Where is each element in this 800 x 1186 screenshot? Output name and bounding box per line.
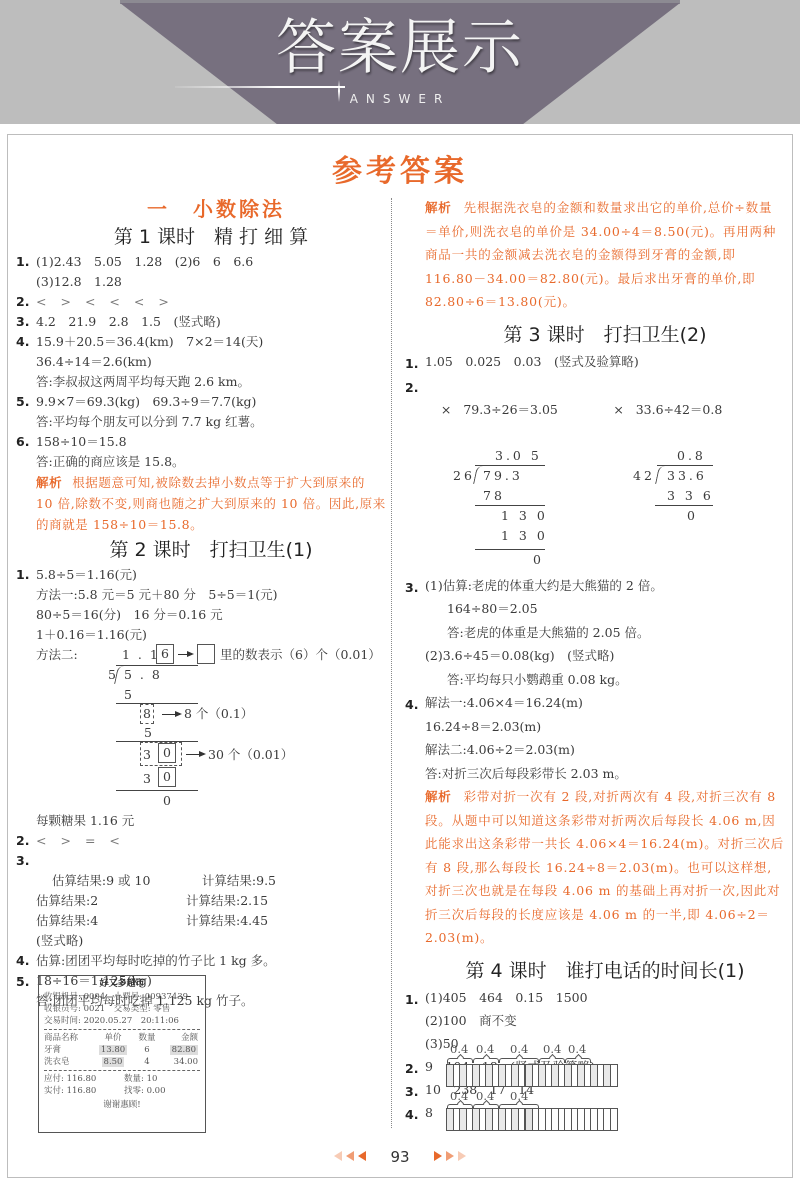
next-arrow-icon [434,1151,442,1161]
step-1: 3 3 6 [667,486,714,506]
page-title: 参考答案 [0,146,800,190]
answer-text: 16.24÷8＝2.03(m) [405,715,785,739]
page-footer: 93 [0,1148,800,1166]
l2-q3: 3. 估算结果:9 或 10计算结果:9.5 [16,851,386,891]
l2-q1: 1.5.8÷5＝1.16(元) [16,565,386,585]
answer-text: (2)3.6÷45＝0.08(kg) (竖式略) [405,644,785,668]
l1-q3: 3.4.2 21.9 2.8 1.5 (竖式略) [16,312,386,332]
ribbon-strip [525,1108,618,1131]
answer-text: 158÷10＝15.8 [36,434,127,449]
question-number: 3. [405,1080,418,1103]
answer-text: 164÷80＝2.05 [405,597,785,621]
receipt-header: 商品名称 单价 数量 金额 [44,1032,200,1044]
l1-q5: 5.9.9×7＝69.3(kg) 69.3÷9＝7.7(kg) [16,392,386,412]
question-number: 1. [405,988,418,1011]
question-number: 4. [16,951,29,971]
receipt-line: 收银员号: 0021 交易类型: 零售 [44,1003,200,1015]
empty-box [197,644,215,664]
banner-rule [175,86,345,88]
right-column: 解析先根据洗衣皂的金额和数量求出它的单价,总价÷数量＝单价,则洗衣皂的单价是 3… [405,196,785,1124]
answer-sentence: 答:李叔叔这两周平均每天跑 2.6 km。 [16,372,386,392]
answer-sentence: 答:老虎的体重是大熊猫的 2.05 倍。 [405,621,785,645]
next-arrow-icon [458,1151,466,1161]
answer-text: 4.2 21.9 2.8 1.5 (竖式略) [36,314,221,329]
prev-arrow-icon [358,1151,366,1161]
analysis-note: 解析先根据洗衣皂的金额和数量求出它的单价,总价÷数量＝单价,则洗衣皂的单价是 3… [405,196,785,314]
step-3b-box: 0 [158,767,176,787]
final-remainder: 0 [163,791,171,811]
answer-sentence: 答:对折三次后每段彩带长 2.03 m。 [405,762,785,786]
answer-text: 解法一:4.06×4＝16.24(m) [425,695,583,710]
remainder-1: 1 3 0 [501,506,548,526]
quotient: 0.8 [677,446,706,466]
l3-q1: 1.1.05 0.025 0.03 (竖式及验算略) [405,350,785,374]
estimate-row: 估算结果:2计算结果:2.15 [16,891,386,911]
item-amount: 34.00 [164,1056,198,1068]
col-header: 数量 [130,1032,164,1044]
left-column: 一 小数除法 第 1 课时 精 打 细 算 1.(1)2.43 5.05 1.2… [16,196,386,1011]
question-number: 5. [16,974,29,989]
remainder-2a: 3 [143,745,151,765]
page-number: 93 [390,1148,409,1166]
answer-sentence: 答:正确的商应该是 15.8。 [16,452,386,472]
lesson-3-title: 第 3 课时 打扫卫生(2) [425,322,785,348]
analysis-label: 解析 [425,789,452,804]
divisor: 42 [633,466,655,486]
wrong-mark: × [613,402,623,417]
unit-title: 一 小数除法 [46,196,386,222]
remainder-1: 8 [143,704,151,724]
arrow-icon [178,654,192,655]
brace [499,1058,539,1063]
question-number: 4. [405,693,418,717]
answer-text: (1)405 464 0.15 1500 [425,990,588,1005]
corrected-equation: 79.3÷26＝3.05 [463,398,613,422]
l1-q6: 6.158÷10＝15.8 [16,432,386,452]
answer-text: 9.9×7＝69.3(kg) 69.3÷9＝7.7(kg) [36,394,256,409]
answer-text: 15.9＋20.5＝36.4(km) 7×2＝14(天) [36,334,263,349]
step-2: 5 [144,723,152,743]
division-line [655,505,713,506]
answer-text: 估算:团团平均每时吃掉的竹子比 1 kg 多。 [36,953,276,968]
item-name: 牙膏 [44,1044,96,1056]
question-number: 1. [405,352,418,376]
analysis-label: 解析 [425,200,452,215]
question-number: 4. [16,332,29,352]
col-header: 金额 [164,1032,198,1044]
quotient: 3.0 5 [495,446,542,466]
division-line [116,790,198,791]
question-number: 1. [16,565,29,585]
thanks-text: 谢谢惠顾! [44,1099,200,1111]
l1-q1: 1.(1)2.43 5.05 1.28 (2)6 6 6.6 [16,252,386,272]
l3-q4: 4.解法一:4.06×4＝16.24(m) [405,691,785,715]
long-division-diagram: 方法二: 1 . 1 6 里的数表示（6）个（0.01） 5 5 . 8 5 8… [36,645,386,791]
method-1-line: 1＋0.16＝1.16(元) [16,625,386,645]
l1-q4: 4.15.9＋20.5＝36.4(km) 7×2＝14(天) [16,332,386,352]
prev-arrow-icon [334,1151,342,1161]
analysis-text: 根据题意可知,被除数去掉小数点等于扩大到原来的 10 倍,除数不变,则商也随之扩… [36,475,386,532]
question-number: 1. [16,252,29,272]
answer-text: 8 [425,1105,433,1120]
estimate-row: 估算结果:4计算结果:4.45 [16,911,386,931]
step-1: 5 [124,685,132,705]
answer-sentence: 每颗糖果 1.16 元 [16,811,386,831]
question-number: 3. [16,312,29,332]
answer-text: (3)12.8 1.28 [16,272,386,292]
question-number: 2. [405,376,418,400]
brace [539,1058,565,1063]
item-price: 13.80 [99,1045,127,1055]
change: 找零: 0.00 [124,1085,166,1097]
item-name: 洗衣皂 [44,1056,96,1068]
store-name: 好又多超市 [44,978,200,990]
calc-3: 计算结果:4.45 [186,911,268,931]
vertical-division-diagrams: 3.0 5 26 79.3 78 1 3 0 1 3 0 0.8 42 33.6… [405,446,785,550]
receipt-row: 洗衣皂 8.50 4 34.00 [44,1056,200,1068]
wrong-mark: × [441,402,451,417]
estimate-3: 估算结果:4 [36,911,186,931]
box-note: 里的数表示（6）个（0.01） [220,645,381,665]
receipt-image: 好又多超市 收银机号: 0004 小票号: 00937439 收银员号: 002… [38,975,206,1133]
question-number: 2. [16,831,29,851]
question-number: 3. [16,851,29,871]
brace [565,1058,591,1063]
analysis-text: 彩带对折一次有 2 段,对折两次有 4 段,对折三次有 8 段。从题中可以知道这… [425,789,784,945]
answer-text: (2)100 商不变 [405,1009,785,1032]
l2-q2: 2.<>=< [16,831,386,851]
final-remainder: 0 [533,550,541,570]
banner-title: 答案展示 [0,12,800,84]
method-1-line: 80÷5＝16(分) 16 分＝0.16 元 [16,605,386,625]
answer-banner: 答案展示 ANSWER [0,0,800,124]
corrected-equation: 33.6÷42＝0.8 [636,402,723,417]
column-divider [391,198,392,1128]
answer-sentence: 答:平均每只小鹦鹉重 0.08 kg。 [405,668,785,692]
brace [447,1058,473,1063]
question-number: 6. [16,432,29,452]
question-number: 3. [405,576,418,600]
lesson-4-title: 第 4 课时 谁打电话的时间长(1) [425,958,785,984]
l3-q2: 2. × 79.3÷26＝3.05× 33.6÷42＝0.8 [405,374,785,446]
item-qty: 6 [130,1044,164,1056]
col-header: 单价 [96,1032,130,1044]
final-remainder: 0 [687,506,698,526]
answer-text: 解法二:4.06÷2＝2.03(m) [405,738,785,762]
answer-text: 5.8÷5＝1.16(元) [36,567,137,582]
question-number: 2. [405,1057,418,1080]
division-bracket [655,466,665,484]
analysis-text: 先根据洗衣皂的金额和数量求出它的单价,总价÷数量＝单价,则洗衣皂的单价是 34.… [425,200,776,309]
answer-sentence: 答:平均每个朋友可以分到 7.7 kg 红薯。 [16,412,386,432]
remainder-1-note: 8 个（0.1） [184,704,253,724]
dividend: 79.3 [483,466,523,486]
arrow-icon [162,714,180,715]
analysis-label: 解析 [36,475,62,490]
estimate-1: 估算结果:9 或 10 [52,871,202,891]
question-number: 5. [16,392,29,412]
quotient-box: 6 [156,644,174,664]
question-number: 4. [405,1103,418,1126]
analysis-note: 解析彩带对折一次有 2 段,对折两次有 4 段,对折三次有 8 段。从题中可以知… [405,785,785,950]
estimate-2: 估算结果:2 [36,891,186,911]
next-arrow-icon [446,1151,454,1161]
step-1: 78 [483,486,505,506]
method-2-label: 方法二: [36,645,78,665]
answer-text: 1.05 0.025 0.03 (竖式及验算略) [425,354,639,369]
amount-paid: 实付: 116.80 [44,1085,124,1097]
calc-2: 计算结果:2.15 [186,891,268,911]
comparison-symbols: <><<<> [36,294,183,309]
dashed-divider [44,1070,200,1071]
l4-q1: 1.(1)405 464 0.15 1500 [405,986,785,1009]
item-count: 数量: 10 [124,1073,157,1085]
item-price: 8.50 [102,1057,125,1067]
step-2: 1 3 0 [501,526,548,546]
ribbon-strip [525,1064,618,1087]
divisor: 26 [453,466,475,486]
item-qty: 4 [130,1056,164,1068]
note: (竖式略) [16,931,386,951]
remainder-2b-box: 0 [158,743,176,763]
dividend: 33.6 [667,466,707,486]
dashed-divider [44,1029,200,1030]
question-number: 2. [16,292,29,312]
l1-q2: 2.<><<<> [16,292,386,312]
method-1-line: 方法一:5.8 元＝5 元＋80 分 5÷5＝1(元) [16,585,386,605]
item-amount: 82.80 [170,1045,198,1055]
l3-q3: 3.(1)估算:老虎的体重大约是大熊猫的 2 倍。 [405,574,785,598]
step-3a: 3 [143,769,151,789]
amount-due: 应付: 116.80 [44,1073,124,1085]
analysis-note: 解析根据题意可知,被除数去掉小数点等于扩大到原来的 10 倍,除数不变,则商也随… [16,472,386,535]
answer-text: 36.4÷14＝2.6(km) [16,352,386,372]
answer-text: (1)估算:老虎的体重大约是大熊猫的 2 倍。 [425,578,663,593]
receipt-row: 牙膏 13.80 6 82.80 [44,1044,200,1056]
receipt-line: 收银机号: 0004 小票号: 00937439 [44,991,200,1003]
lesson-2-title: 第 2 课时 打扫卫生(1) [36,537,386,563]
arrow-icon [186,754,204,755]
quotient: 1 . 1 [122,645,160,665]
banner-subtitle: ANSWER [0,92,800,106]
dividend: 5 . 8 [124,665,162,685]
calc-1: 计算结果:9.5 [202,873,276,888]
lesson-1-title: 第 1 课时 精 打 细 算 [36,224,386,250]
brace [473,1058,499,1063]
answer-text: (1)2.43 5.05 1.28 (2)6 6 6.6 [36,254,253,269]
receipt-line: 交易时间: 2020.05.27 20:11:06 [44,1015,200,1027]
col-header: 商品名称 [44,1032,96,1044]
comparison-symbols: <>=< [36,833,134,848]
remainder-2-note: 30 个（0.01） [208,745,293,765]
l2-q4: 4.估算:团团平均每时吃掉的竹子比 1 kg 多。 [16,951,386,971]
prev-arrow-icon [346,1151,354,1161]
